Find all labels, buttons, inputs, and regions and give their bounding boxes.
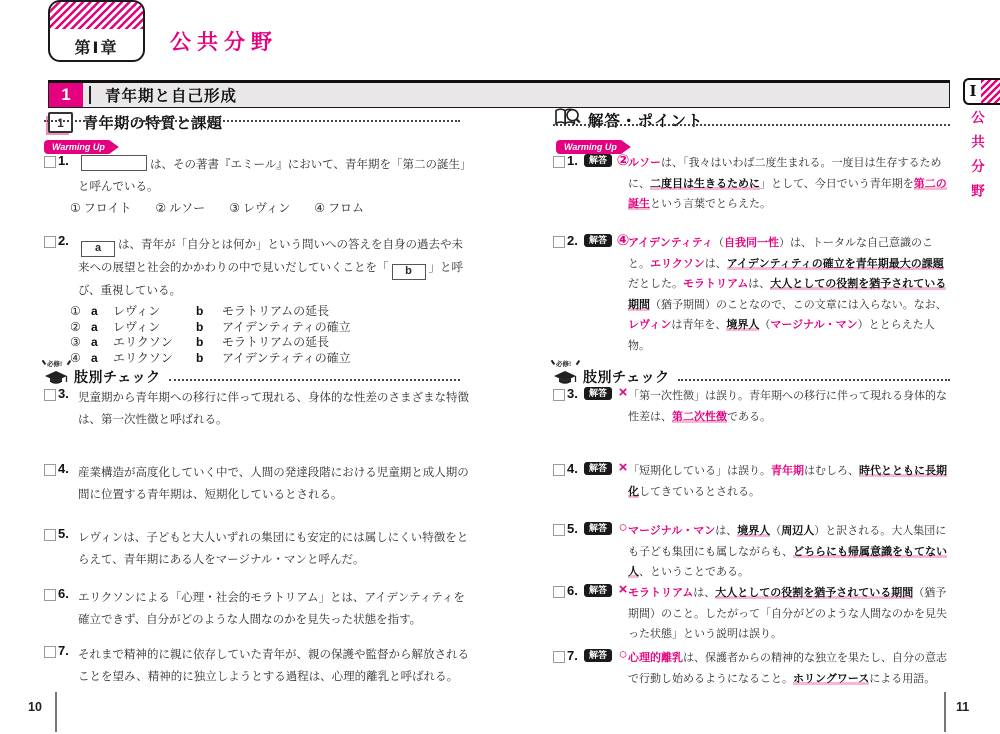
answer-number: 3. (567, 386, 578, 401)
blank-box (81, 155, 147, 171)
answer-badge: 解答 (584, 154, 612, 167)
answer-text: ルソーは、「我々はいわば二度生まれる。一度目は生存するために、二度目は生きるため… (628, 153, 952, 215)
divider (169, 379, 460, 381)
answer-number: 4. (567, 461, 578, 476)
unit-title: 青年期と自己形成 (91, 83, 237, 107)
right-section-title: 解答・ポイント (588, 109, 704, 131)
answer-badge: 解答 (584, 522, 612, 535)
divider (678, 379, 950, 381)
left-check-header: 必修! 肢別チェック (44, 360, 460, 386)
side-tab-stripes-decoration (981, 80, 1000, 103)
choice-number[interactable]: ② (70, 320, 91, 336)
chapter-stripes-decoration (50, 2, 143, 29)
answer-badge: 解答 (584, 649, 612, 662)
labeled-blank-box: b (392, 264, 426, 280)
answer-number: 2. (567, 233, 578, 248)
right-check-header: 必修! 肢別チェック (553, 360, 950, 386)
question-number: 7. (58, 643, 69, 658)
choice[interactable]: ④フロム (314, 199, 364, 216)
labeled-blank-box: a (81, 241, 115, 257)
choice[interactable]: ③レヴィン (229, 199, 290, 216)
choice-number[interactable]: ③ (70, 335, 91, 351)
required-badge: 必修! (47, 359, 62, 368)
checkbox[interactable] (44, 529, 56, 541)
left-section-title: 青年期の特質と課題 (83, 112, 223, 133)
choice[interactable]: ①フロイト (70, 199, 131, 216)
checkbox[interactable] (553, 586, 565, 598)
section-number-icon: 1 (48, 112, 73, 133)
checkbox[interactable] (553, 464, 565, 476)
checkbox[interactable] (553, 156, 565, 168)
side-tab-label: 公共分野 (966, 110, 986, 208)
graduation-cap-icon: 必修! (44, 360, 70, 386)
divider (55, 692, 57, 732)
answer-text: モラトリアムは、大人としての役割を猶予されている期間（猶予期間）のこと。したがっ… (628, 583, 952, 645)
answer-text: 「短期化している」は誤り。青年期はむしろ、時代とともに長期化してきているとされる… (628, 461, 952, 502)
answer-number: 7. (567, 648, 578, 663)
divider (44, 120, 460, 122)
warming-up-badge-left: Warming Up (44, 140, 119, 154)
checkbox[interactable] (553, 651, 565, 663)
side-tab: Ⅰ (963, 78, 1000, 105)
checkbox[interactable] (44, 646, 56, 658)
divider (944, 692, 946, 732)
textbook-spread: 第Ⅰ章 公共分野 1 青年期と自己形成 Ⅰ 公共分野 1 青年期の特質と課題 W… (0, 0, 1000, 734)
answer-badge: 解答 (584, 387, 612, 400)
right-page-number: 11 (956, 700, 969, 714)
unit-title-bar: 1 青年期と自己形成 (48, 80, 950, 108)
unit-number-badge: 1 (49, 83, 83, 107)
question-text: それまで精神的に親に依存していた青年が、親の保護や監督から解放されることを望み、… (78, 644, 472, 688)
book-magnifier-icon (553, 106, 581, 133)
checkbox[interactable] (44, 389, 56, 401)
checkbox[interactable] (44, 156, 56, 168)
question-number: 2. (58, 233, 69, 248)
checkbox[interactable] (44, 589, 56, 601)
answer-number: 5. (567, 521, 578, 536)
answer-badge: 解答 (584, 234, 612, 247)
question-text: エリクソンによる「心理・社会的モラトリアム」とは、アイデンティティを確立できず、… (78, 587, 472, 631)
question-text: 産業構造が高度化していく中で、人間の発達段階における児童期と成人期の間に位置する… (78, 462, 472, 506)
choice[interactable]: ②ルソー (155, 199, 205, 216)
choice-list: ①aレヴィンbモラトリアムの延長 ②aレヴィンbアイデンティティの確立 ③aエリ… (70, 304, 351, 366)
question-number: 1. (58, 153, 69, 168)
question-text: aは、青年が「自分とは何か」という問いへの答えを自身の過去や未来への展望と社会的… (78, 234, 472, 302)
divider (553, 124, 950, 126)
question-text: は、その著書『エミール』において、青年期を「第二の誕生」と呼んでいる。 (78, 154, 472, 198)
checkbox[interactable] (44, 236, 56, 248)
answer-text: アイデンティティ（自我同一性）は、トータルな自己意識のこと。エリクソンは、アイデ… (628, 233, 952, 356)
checkbox[interactable] (553, 524, 565, 536)
answer-text: マージナル・マンは、境界人（周辺人）と訳される。大人集団にも子ども集団にも属しな… (628, 521, 952, 583)
choice-list: ①フロイト ②ルソー ③レヴィン ④フロム (70, 199, 364, 216)
question-text: レヴィンは、子どもと大人いずれの集団にも安定的には属しにくい特徴をとらえて、青年… (78, 527, 472, 571)
checkbox[interactable] (553, 236, 565, 248)
graduation-cap-icon: 必修! (553, 360, 579, 386)
choice-number[interactable]: ① (70, 304, 91, 320)
question-text: 児童期から青年期への移行に伴って現れる、身体的な性差のさまざまな特徴は、第一次性… (78, 387, 472, 431)
question-number: 5. (58, 526, 69, 541)
required-badge: 必修! (556, 359, 571, 368)
answer-text: 心理的離乳は、保護者からの精神的な独立を果たし、自分の意志で行動し始めるようにな… (628, 648, 952, 689)
left-page-number: 10 (28, 700, 42, 714)
checkbox[interactable] (44, 464, 56, 476)
answer-number: 6. (567, 583, 578, 598)
question-number: 3. (58, 386, 69, 401)
answer-badge: 解答 (584, 462, 612, 475)
left-section-heading: 1 青年期の特質と課題 (48, 112, 223, 133)
answer-text: 「第一次性徴」は誤り。青年期への移行に伴って現れる身体的な性差は、第二次性徴であ… (628, 386, 952, 427)
answer-number: 1. (567, 153, 578, 168)
check-header-label: 肢別チェック (74, 368, 161, 386)
chapter-title: 公共分野 (170, 26, 278, 56)
question-number: 4. (58, 461, 69, 476)
question-number: 6. (58, 586, 69, 601)
chapter-box: 第Ⅰ章 (48, 0, 145, 62)
side-tab-numeral: Ⅰ (965, 80, 981, 103)
checkbox[interactable] (553, 389, 565, 401)
chapter-label: 第Ⅰ章 (50, 29, 143, 58)
right-section-heading: 解答・ポイント (553, 106, 704, 133)
answer-badge: 解答 (584, 584, 612, 597)
